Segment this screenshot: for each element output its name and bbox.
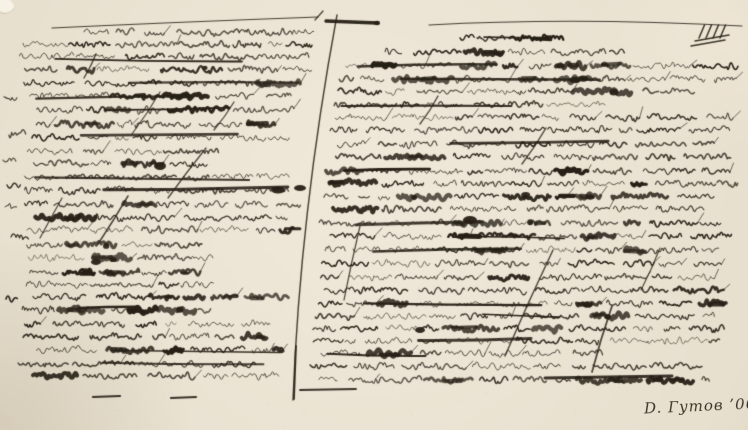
- artwork-ink-drawing: D. Гутов ’06: [0, 0, 748, 430]
- ink-drawing-canvas: [0, 0, 748, 430]
